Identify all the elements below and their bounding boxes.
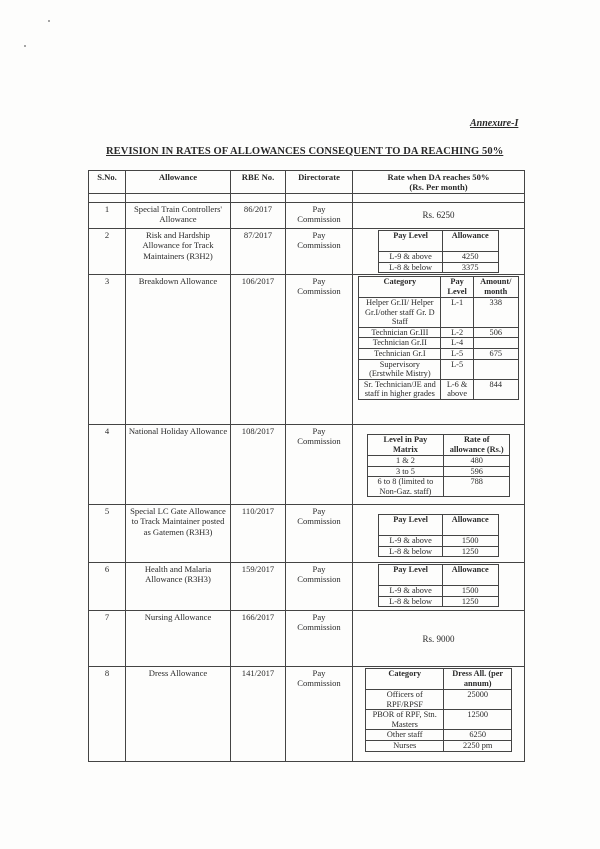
sub-row: Technician Gr.IL-5675 bbox=[359, 349, 518, 360]
directorate-cell: PayCommission bbox=[286, 611, 353, 667]
directorate-cell: PayCommission bbox=[286, 203, 353, 229]
directorate-line2: Commission bbox=[288, 622, 350, 632]
sub-cell: Technician Gr.II bbox=[359, 338, 441, 349]
directorate-line2: Commission bbox=[288, 574, 350, 584]
rate-subtable: Pay LevelAllowanceL-9 & above1500L-8 & b… bbox=[378, 564, 498, 607]
sub-row: Officers of RPF/RPSF25000 bbox=[366, 690, 512, 710]
directorate-line1: Pay bbox=[288, 204, 350, 214]
directorate-line1: Pay bbox=[288, 276, 350, 286]
rbe-cell: 86/2017 bbox=[231, 203, 286, 229]
allowance-cell: Risk and Hardship Allowance for Track Ma… bbox=[126, 229, 231, 275]
header-rate: Rate when DA reaches 50% (Rs. Per month) bbox=[353, 171, 525, 194]
directorate-cell: PayCommission bbox=[286, 275, 353, 425]
sub-header-row: Pay LevelAllowance bbox=[379, 515, 498, 536]
sub-cell bbox=[473, 359, 518, 379]
rate-subtable-cell: CategoryPay LevelAmount/ monthHelper Gr.… bbox=[353, 275, 525, 425]
sub-cell: 3 to 5 bbox=[367, 466, 443, 477]
rbe-cell: 106/2017 bbox=[231, 275, 286, 425]
sub-cell: 2250 pm bbox=[444, 741, 512, 752]
sub-header-row: Pay LevelAllowance bbox=[379, 231, 498, 252]
sub-header: Amount/ month bbox=[473, 277, 518, 298]
sub-cell: Officers of RPF/RPSF bbox=[366, 690, 444, 710]
table-row: 8Dress Allowance141/2017PayCommissionCat… bbox=[89, 667, 525, 762]
sub-cell: Other staff bbox=[366, 730, 444, 741]
sub-cell: 1 & 2 bbox=[367, 456, 443, 467]
directorate-line1: Pay bbox=[288, 564, 350, 574]
directorate-line2: Commission bbox=[288, 240, 350, 250]
allowance-cell: Dress Allowance bbox=[126, 667, 231, 762]
sub-cell: 6 to 8 (limited to Non-Gaz. staff) bbox=[367, 477, 443, 497]
sub-row: 6 to 8 (limited to Non-Gaz. staff)788 bbox=[367, 477, 510, 497]
sub-cell: 675 bbox=[473, 349, 518, 360]
rate-subtable-cell: Level in Pay MatrixRate of allowance (Rs… bbox=[353, 425, 525, 505]
sub-cell: 788 bbox=[444, 477, 510, 497]
sub-cell: L-1 bbox=[441, 298, 474, 328]
sub-row: Helper Gr.II/ Helper Gr.I/other staff Gr… bbox=[359, 298, 518, 328]
rbe-cell: 141/2017 bbox=[231, 667, 286, 762]
sub-header: Pay Level bbox=[379, 515, 442, 536]
rbe-cell: 166/2017 bbox=[231, 611, 286, 667]
sub-row: L-8 & below3375 bbox=[379, 262, 498, 273]
sub-row: 3 to 5596 bbox=[367, 466, 510, 477]
sub-cell: Technician Gr.I bbox=[359, 349, 441, 360]
sub-header-row: Pay LevelAllowance bbox=[379, 565, 498, 586]
scan-speck bbox=[24, 45, 26, 47]
document-title: REVISION IN RATES OF ALLOWANCES CONSEQUE… bbox=[106, 146, 503, 157]
sub-cell: 506 bbox=[473, 327, 518, 338]
sub-row: 1 & 2480 bbox=[367, 456, 510, 467]
allowance-cell: Nursing Allowance bbox=[126, 611, 231, 667]
table-row: 5Special LC Gate Allowance to Track Main… bbox=[89, 505, 525, 563]
directorate-cell: PayCommission bbox=[286, 425, 353, 505]
sub-cell: 844 bbox=[473, 379, 518, 399]
sub-header: Pay Level bbox=[441, 277, 474, 298]
sno-cell: 2 bbox=[89, 229, 126, 275]
sub-cell: 1500 bbox=[442, 586, 498, 597]
sub-cell: 12500 bbox=[444, 710, 512, 730]
sub-header: Allowance bbox=[442, 565, 498, 586]
sub-cell: 6250 bbox=[444, 730, 512, 741]
table-row: 1Special Train Controllers' Allowance86/… bbox=[89, 203, 525, 229]
sub-header: Pay Level bbox=[379, 565, 442, 586]
sub-cell: Sr. Technician/JE and staff in higher gr… bbox=[359, 379, 441, 399]
directorate-cell: PayCommission bbox=[286, 667, 353, 762]
sub-cell: Supervisory (Erstwhile Mistry) bbox=[359, 359, 441, 379]
sub-header: Category bbox=[359, 277, 441, 298]
sub-header: Rate of allowance (Rs.) bbox=[444, 435, 510, 456]
directorate-cell: PayCommission bbox=[286, 229, 353, 275]
sub-header: Pay Level bbox=[379, 231, 442, 252]
rbe-cell: 87/2017 bbox=[231, 229, 286, 275]
sub-cell: L-4 bbox=[441, 338, 474, 349]
directorate-line2: Commission bbox=[288, 286, 350, 296]
sub-cell: L-6 & above bbox=[441, 379, 474, 399]
directorate-line2: Commission bbox=[288, 214, 350, 224]
allowances-table: S.No. Allowance RBE No. Directorate Rate… bbox=[88, 170, 525, 762]
header-rbe: RBE No. bbox=[231, 171, 286, 194]
rate-value: Rs. 9000 bbox=[353, 611, 525, 667]
directorate-line2: Commission bbox=[288, 678, 350, 688]
rate-subtable-cell: Pay LevelAllowanceL-9 & above4250L-8 & b… bbox=[353, 229, 525, 275]
sub-cell: Technician Gr.III bbox=[359, 327, 441, 338]
rate-subtable-cell: Pay LevelAllowanceL-9 & above1500L-8 & b… bbox=[353, 505, 525, 563]
sub-cell: L-9 & above bbox=[379, 586, 442, 597]
directorate-line1: Pay bbox=[288, 668, 350, 678]
sno-cell: 6 bbox=[89, 563, 126, 611]
header-rate-line1: Rate when DA reaches 50% bbox=[355, 172, 522, 182]
table-row: 2Risk and Hardship Allowance for Track M… bbox=[89, 229, 525, 275]
allowance-cell: Health and Malaria Allowance (R3H3) bbox=[126, 563, 231, 611]
directorate-line1: Pay bbox=[288, 230, 350, 240]
allowance-cell: National Holiday Allowance bbox=[126, 425, 231, 505]
allowance-cell: Special LC Gate Allowance to Track Maint… bbox=[126, 505, 231, 563]
directorate-line2: Commission bbox=[288, 436, 350, 446]
sub-header-row: Level in Pay MatrixRate of allowance (Rs… bbox=[367, 435, 510, 456]
table-row: 4National Holiday Allowance108/2017PayCo… bbox=[89, 425, 525, 505]
sub-row: Supervisory (Erstwhile Mistry)L-5 bbox=[359, 359, 518, 379]
sub-row: Nurses2250 pm bbox=[366, 741, 512, 752]
sno-cell: 5 bbox=[89, 505, 126, 563]
directorate-line1: Pay bbox=[288, 426, 350, 436]
rbe-cell: 110/2017 bbox=[231, 505, 286, 563]
sub-cell: L-2 bbox=[441, 327, 474, 338]
sub-row: Technician Gr.IIL-4 bbox=[359, 338, 518, 349]
sno-cell: 3 bbox=[89, 275, 126, 425]
sub-cell: Helper Gr.II/ Helper Gr.I/other staff Gr… bbox=[359, 298, 441, 328]
directorate-line1: Pay bbox=[288, 506, 350, 516]
sub-cell: Nurses bbox=[366, 741, 444, 752]
header-directorate: Directorate bbox=[286, 171, 353, 194]
sno-cell: 7 bbox=[89, 611, 126, 667]
rbe-cell: 108/2017 bbox=[231, 425, 286, 505]
sub-cell: 4250 bbox=[442, 252, 498, 263]
sub-cell bbox=[473, 338, 518, 349]
sub-header: Dress All. (per annum) bbox=[444, 669, 512, 690]
sub-row: Sr. Technician/JE and staff in higher gr… bbox=[359, 379, 518, 399]
sub-row: L-8 & below1250 bbox=[379, 546, 498, 557]
sub-cell: 596 bbox=[444, 466, 510, 477]
sub-cell: L-9 & above bbox=[379, 536, 442, 547]
sub-cell: 1250 bbox=[442, 596, 498, 607]
annexure-label: Annexure-I bbox=[470, 118, 518, 129]
sub-header: Allowance bbox=[442, 515, 498, 536]
sub-cell: 1250 bbox=[442, 546, 498, 557]
sub-row: L-9 & above4250 bbox=[379, 252, 498, 263]
sub-row: L-8 & below1250 bbox=[379, 596, 498, 607]
rate-subtable: Pay LevelAllowanceL-9 & above4250L-8 & b… bbox=[378, 230, 498, 273]
table-row: 6Health and Malaria Allowance (R3H3)159/… bbox=[89, 563, 525, 611]
sub-row: L-9 & above1500 bbox=[379, 586, 498, 597]
table-row: 3Breakdown Allowance106/2017PayCommissio… bbox=[89, 275, 525, 425]
sub-cell: PBOR of RPF, Stn. Masters bbox=[366, 710, 444, 730]
directorate-line1: Pay bbox=[288, 612, 350, 622]
rate-subtable-cell: CategoryDress All. (per annum)Officers o… bbox=[353, 667, 525, 762]
rate-subtable: Level in Pay MatrixRate of allowance (Rs… bbox=[367, 434, 511, 497]
sub-cell: L-9 & above bbox=[379, 252, 442, 263]
rate-subtable-cell: Pay LevelAllowanceL-9 & above1500L-8 & b… bbox=[353, 563, 525, 611]
sub-cell: L-5 bbox=[441, 349, 474, 360]
sub-header: Category bbox=[366, 669, 444, 690]
directorate-cell: PayCommission bbox=[286, 563, 353, 611]
sub-header: Level in Pay Matrix bbox=[367, 435, 443, 456]
sub-row: PBOR of RPF, Stn. Masters12500 bbox=[366, 710, 512, 730]
header-sno: S.No. bbox=[89, 171, 126, 194]
header-rate-line2: (Rs. Per month) bbox=[355, 182, 522, 192]
sub-cell: L-8 & below bbox=[379, 546, 442, 557]
sub-header: Allowance bbox=[442, 231, 498, 252]
rate-value: Rs. 6250 bbox=[353, 203, 525, 229]
sub-cell: 1500 bbox=[442, 536, 498, 547]
scan-speck bbox=[48, 20, 50, 22]
sno-cell: 8 bbox=[89, 667, 126, 762]
sub-header-row: CategoryDress All. (per annum) bbox=[366, 669, 512, 690]
table-header-row: S.No. Allowance RBE No. Directorate Rate… bbox=[89, 171, 525, 194]
sub-cell: L-8 & below bbox=[379, 262, 442, 273]
directorate-line2: Commission bbox=[288, 516, 350, 526]
sub-cell: 25000 bbox=[444, 690, 512, 710]
sno-cell: 4 bbox=[89, 425, 126, 505]
rate-subtable: Pay LevelAllowanceL-9 & above1500L-8 & b… bbox=[378, 514, 498, 557]
rate-subtable: CategoryDress All. (per annum)Officers o… bbox=[365, 668, 512, 751]
rbe-cell: 159/2017 bbox=[231, 563, 286, 611]
sub-cell: L-8 & below bbox=[379, 596, 442, 607]
header-allowance: Allowance bbox=[126, 171, 231, 194]
sub-cell: L-5 bbox=[441, 359, 474, 379]
rate-subtable: CategoryPay LevelAmount/ monthHelper Gr.… bbox=[358, 276, 518, 399]
allowance-cell: Breakdown Allowance bbox=[126, 275, 231, 425]
allowance-cell: Special Train Controllers' Allowance bbox=[126, 203, 231, 229]
table-row: 7Nursing Allowance166/2017PayCommissionR… bbox=[89, 611, 525, 667]
sub-cell: 3375 bbox=[442, 262, 498, 273]
sub-row: Technician Gr.IIIL-2506 bbox=[359, 327, 518, 338]
sub-cell: 338 bbox=[473, 298, 518, 328]
sno-cell: 1 bbox=[89, 203, 126, 229]
directorate-cell: PayCommission bbox=[286, 505, 353, 563]
spacer-row bbox=[89, 194, 525, 203]
sub-row: L-9 & above1500 bbox=[379, 536, 498, 547]
sub-cell: 480 bbox=[444, 456, 510, 467]
sub-row: Other staff6250 bbox=[366, 730, 512, 741]
sub-header-row: CategoryPay LevelAmount/ month bbox=[359, 277, 518, 298]
